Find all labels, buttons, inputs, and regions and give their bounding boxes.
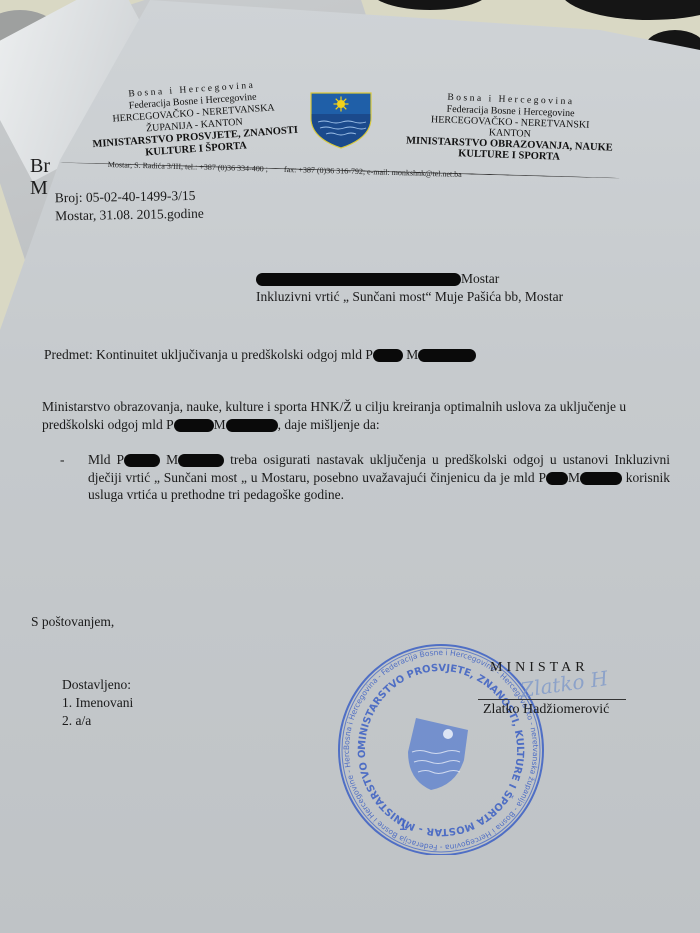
reference-block: Broj: 05-02-40-1499-3/15 Mostar, 31.08. … (55, 187, 204, 226)
distribution-list: Dostavljeno: 1. Imenovani 2. a/a (62, 676, 133, 730)
redacted-name (546, 472, 568, 485)
place-date: Mostar, 31.08. 2015.godine (55, 205, 204, 226)
redacted-name (174, 419, 214, 432)
distribution-item: 1. Imenovani (62, 694, 133, 712)
background-shape (560, 0, 700, 20)
recipient-address: Mostar Inkluzivni vrtić „ Sunčani most“ … (256, 270, 563, 306)
signatory-name: Zlatko Hadžiomerović (483, 702, 609, 718)
subject-line: Predmet: Kontinuitet uključivanja u pred… (44, 347, 476, 363)
signature-line (478, 699, 626, 700)
body-paragraph: Ministarstvo obrazovanja, nauke, kulture… (42, 398, 642, 434)
letterhead-right: Bosna i Hercegovina Federacija Bosne i H… (394, 91, 626, 165)
distribution-item: 2. a/a (62, 712, 133, 730)
background-shape (370, 0, 490, 10)
redacted-name (178, 454, 224, 467)
redacted-name (226, 419, 278, 432)
redacted-name (373, 349, 403, 362)
closing-salutation: S poštovanjem, (31, 614, 114, 630)
letterhead-left: Bosna i Hercegovina Federacija Bosne i H… (82, 76, 306, 163)
opinion-bullet: - Mld P M treba osigurati nastavak uklju… (60, 451, 670, 504)
redacted-name (418, 349, 476, 362)
redacted-name (124, 454, 160, 467)
canton-coat-of-arms-icon (308, 90, 374, 150)
underlying-sheet-text: Br M (30, 155, 50, 199)
redacted-name (580, 472, 622, 485)
svg-text:1: 1 (398, 815, 408, 834)
redacted-name (256, 273, 461, 286)
